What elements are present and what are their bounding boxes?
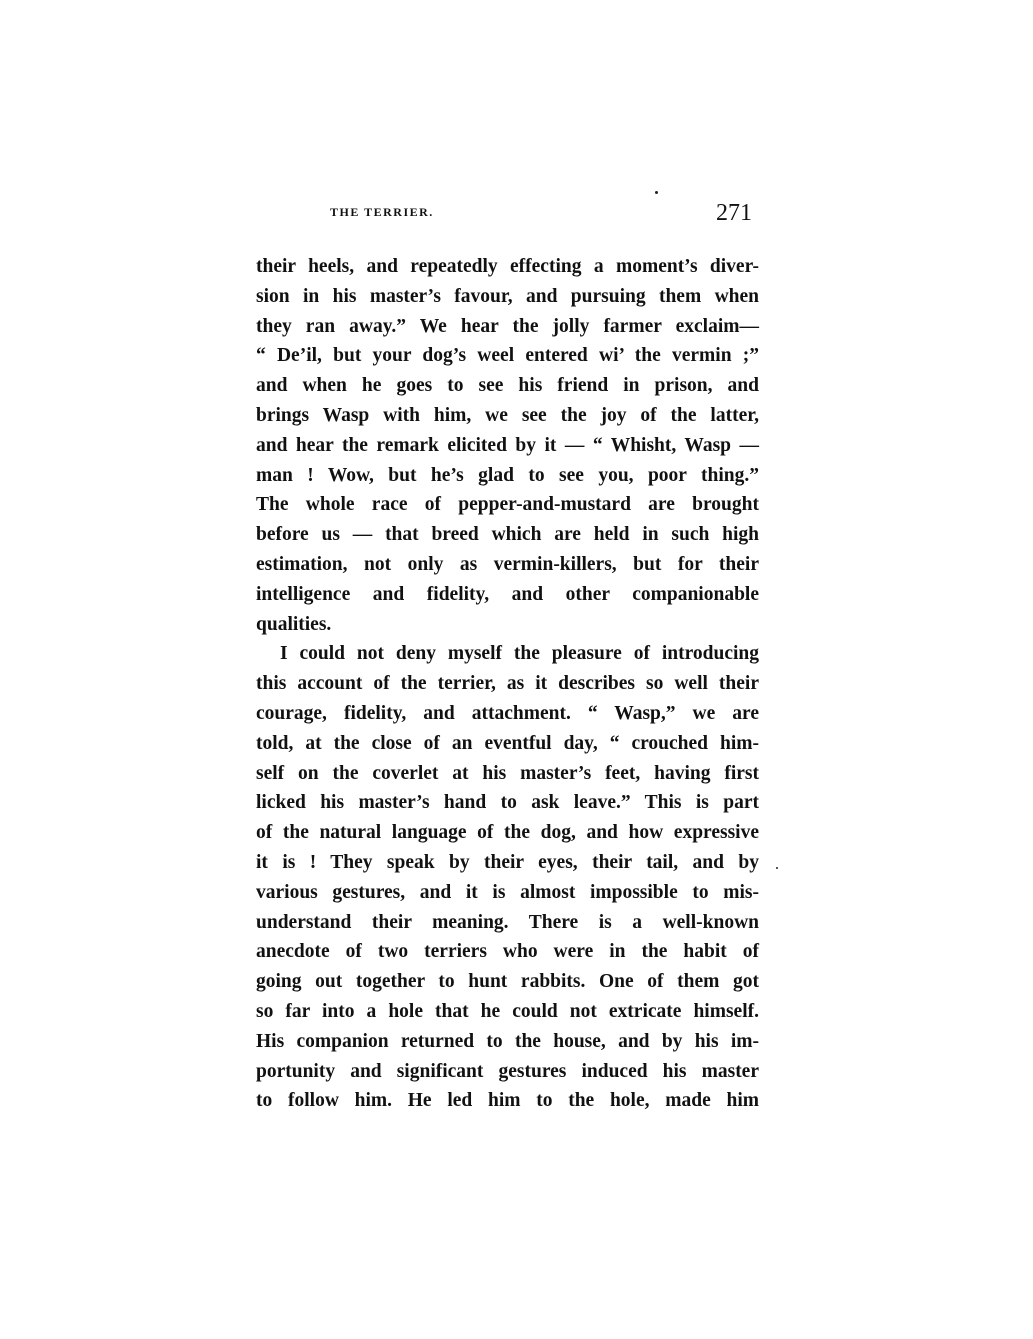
- text-line: man ! Wow, but he’s glad to see you, poo…: [256, 461, 759, 491]
- text-line: self on the coverlet at his master’s fee…: [256, 759, 759, 789]
- body-text: their heels, and repeatedly effecting a …: [256, 252, 759, 1116]
- text-line: intelligence and fidelity, and other com…: [256, 580, 759, 610]
- text-line: portunity and significant gestures induc…: [256, 1057, 759, 1087]
- text-line: and when he goes to see his friend in pr…: [256, 371, 759, 401]
- text-line: “ De’il, but your dog’s weel entered wi’…: [256, 341, 759, 371]
- text-line: their heels, and repeatedly effecting a …: [256, 252, 759, 282]
- text-line: going out together to hunt rabbits. One …: [256, 967, 759, 997]
- text-line: The whole race of pepper-and-mustard are…: [256, 490, 759, 520]
- text-line: anecdote of two terriers who were in the…: [256, 937, 759, 967]
- paragraph: their heels, and repeatedly effecting a …: [256, 252, 759, 639]
- text-line: told, at the close of an eventful day, “…: [256, 729, 759, 759]
- text-line: I could not deny myself the pleasure of …: [256, 639, 759, 669]
- text-line: qualities.: [256, 610, 759, 640]
- text-line: they ran away.” We hear the jolly farmer…: [256, 312, 759, 342]
- book-page: THE TERRIER. 271 their heels, and repeat…: [0, 0, 1033, 1339]
- paragraph: I could not deny myself the pleasure of …: [256, 639, 759, 1116]
- running-head: THE TERRIER.: [330, 205, 434, 220]
- print-speck: [655, 191, 658, 194]
- text-line: so far into a hole that he could not ext…: [256, 997, 759, 1027]
- text-line: brings Wasp with him, we see the joy of …: [256, 401, 759, 431]
- text-line: estimation, not only as vermin-killers, …: [256, 550, 759, 580]
- text-line: licked his master’s hand to ask leave.” …: [256, 788, 759, 818]
- text-line: before us — that breed which are held in…: [256, 520, 759, 550]
- text-line: understand their meaning. There is a wel…: [256, 908, 759, 938]
- text-line: it is ! They speak by their eyes, their …: [256, 848, 759, 878]
- text-line: His companion returned to the house, and…: [256, 1027, 759, 1057]
- text-line: of the natural language of the dog, and …: [256, 818, 759, 848]
- text-line: courage, fidelity, and attachment. “ Was…: [256, 699, 759, 729]
- page-number: 271: [716, 200, 752, 227]
- print-speck: [776, 867, 778, 869]
- text-line: to follow him. He led him to the hole, m…: [256, 1086, 759, 1116]
- text-line: and hear the remark elicited by it — “ W…: [256, 431, 759, 461]
- text-line: various gestures, and it is almost impos…: [256, 878, 759, 908]
- text-line: this account of the terrier, as it descr…: [256, 669, 759, 699]
- text-line: sion in his master’s favour, and pursuin…: [256, 282, 759, 312]
